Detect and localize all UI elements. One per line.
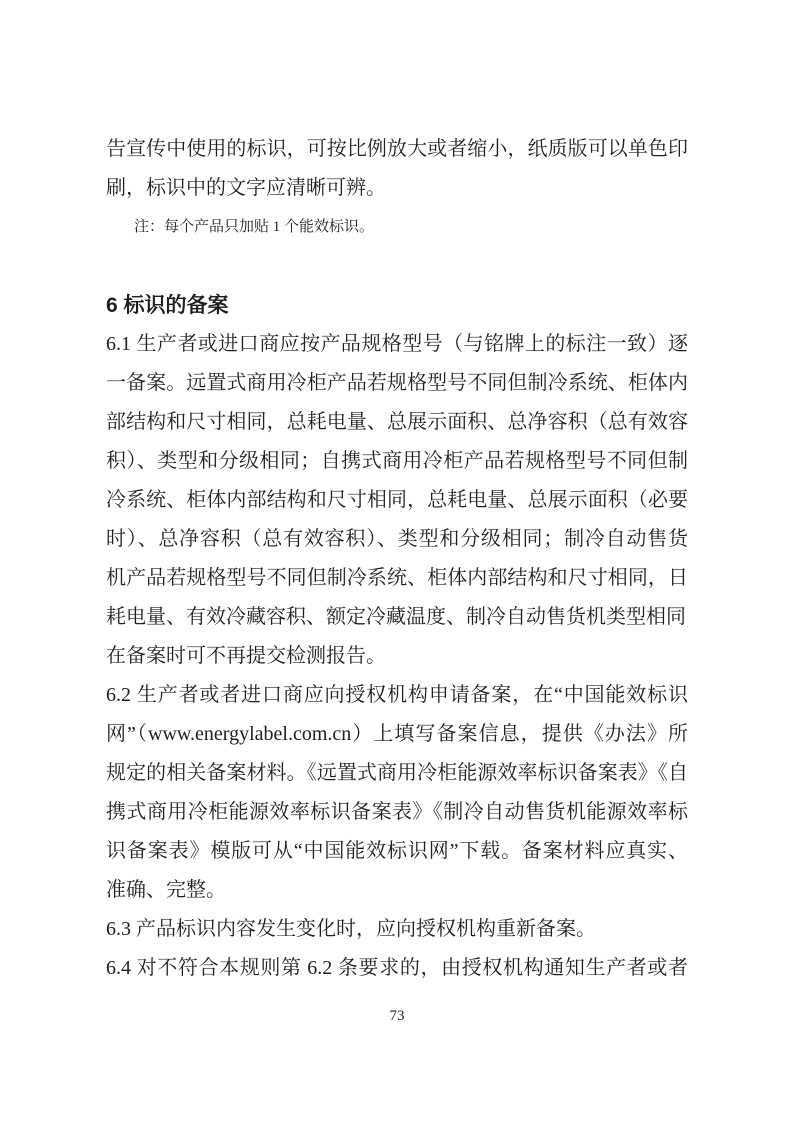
clause-6-2-line: 识备案表》模版可从“中国能效标识网”下载。备案材料应真实、 [106,832,688,871]
clause-6-1-line: 耗电量、有效冷藏容积、额定冷藏温度、制冷自动售货机类型相同， [106,598,688,637]
clause-6-1-line: 机产品若规格型号不同但制冷系统、柜体内部结构和尺寸相同，日 [106,559,688,598]
document-page: 告宣传中使用的标识，可按比例放大或者缩小，纸质版可以单色印 刷，标识中的文字应清… [0,0,794,1123]
clause-6-1-line: 时）、总净容积（总有效容积）、类型和分级相同；制冷自动售货 [106,520,688,559]
intro-paragraph-line: 刷，标识中的文字应清晰可辨。 [106,169,688,208]
page-number: 73 [0,1001,794,1031]
intro-paragraph-line: 告宣传中使用的标识，可按比例放大或者缩小，纸质版可以单色印 [106,130,688,169]
clause-6-4-line: 6.4 对不符合本规则第 6.2 条要求的，由授权机构通知生产者或者 [106,949,688,988]
clause-6-1-line: 一备案。远置式商用冷柜产品若规格型号不同但制冷系统、柜体内 [106,364,688,403]
clause-6-1-line: 在备案时可不再提交检测报告。 [106,637,688,676]
blank-line [106,247,688,286]
clause-6-2-line: 6.2 生产者或者进口商应向授权机构申请备案，在“中国能效标识 [106,676,688,715]
clause-6-1-line: 部结构和尺寸相同，总耗电量、总展示面积、总净容积（总有效容 [106,403,688,442]
clause-6-2-line: 规定的相关备案材料。《远置式商用冷柜能源效率标识备案表》《自 [106,754,688,793]
clause-6-2-line: 准确、完整。 [106,871,688,910]
clause-6-1-line: 冷系统、柜体内部结构和尺寸相同，总耗电量、总展示面积（必要 [106,481,688,520]
section-6-heading: 6 标识的备案 [106,286,688,325]
clause-6-1-line: 6.1 生产者或进口商应按产品规格型号（与铭牌上的标注一致）逐 [106,325,688,364]
clause-6-3-line: 6.3 产品标识内容发生变化时，应向授权机构重新备案。 [106,910,688,949]
text-column: 告宣传中使用的标识，可按比例放大或者缩小，纸质版可以单色印 刷，标识中的文字应清… [106,130,688,988]
clause-6-2-line: 网”（www.energylabel.com.cn）上填写备案信息，提供《办法》… [106,715,688,754]
clause-6-1-line: 积）、类型和分级相同；自携式商用冷柜产品若规格型号不同但制 [106,442,688,481]
note-line: 注：每个产品只加贴 1 个能效标识。 [106,208,688,247]
clause-6-2-line: 携式商用冷柜能源效率标识备案表》《制冷自动售货机能源效率标 [106,793,688,832]
